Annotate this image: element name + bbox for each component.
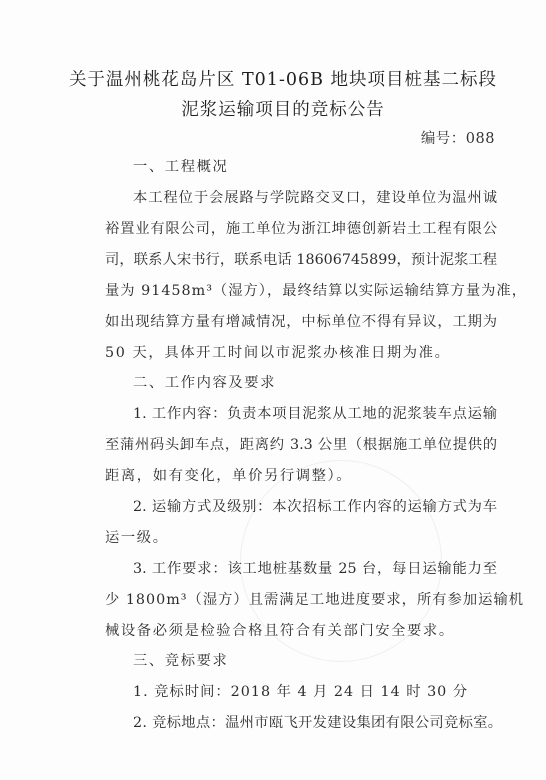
document-number: 编号：088 — [421, 127, 495, 148]
paragraph-line: 裕置业有限公司，施工单位为浙江坤德创新岩土工程有限公 — [105, 219, 497, 239]
paragraph-line: 量为 91458m³（湿方），最终结算以实际运输结算方量为准， — [105, 281, 497, 301]
paragraph-line: 运一级。 — [105, 528, 497, 548]
paragraph-line: 3. 工作要求：该工地桩基数量 25 台，每日运输能力至 — [105, 559, 497, 579]
paragraph-line: 少 1800m³（湿方）且需满足工地进度要求，所有参加运输机 — [105, 590, 497, 610]
paragraph-line: 1. 工作内容：负责本项目泥浆从工地的泥浆装车点运输 — [105, 404, 497, 424]
title-line-1: 关于温州桃花岛片区 T01-06B 地块项目桩基二标段 — [10, 66, 546, 91]
text-fragment: ³（湿方），最终结算以实际运输结算方量为准， — [206, 283, 527, 299]
paragraph-line: 50 天，具体开工时间以市泥浆办核准日期为准。 — [105, 343, 497, 363]
text-fragment: 少 1800m — [105, 592, 181, 608]
title-line-2: 泥浆运输项目的竞标公告 — [10, 96, 546, 121]
section-heading-2: 二、工作内容及要求 — [133, 373, 525, 393]
section-heading-1: 一、工程概况 — [133, 157, 525, 177]
text-fragment: 量为 91458m — [105, 283, 206, 299]
paragraph-line: 2. 运输方式及级别：本次招标工作内容的运输方式为车 — [105, 497, 497, 517]
paragraph-line: 如出现结算方量有增减情况，中标单位不得有异议，工期为 — [105, 312, 497, 332]
paragraph-line: 至蒲州码头卸车点，距离约 3.3 公里（根据施工单位提供的 — [105, 435, 497, 455]
paragraph-line: 1. 竞标时间：2018 年 4 月 24 日 14 时 30 分 — [133, 682, 525, 702]
paragraph-line: 械设备必须是检验合格且符合有关部门安全要求。 — [105, 621, 497, 641]
document-page: 关于温州桃花岛片区 T01-06B 地块项目桩基二标段 泥浆运输项目的竞标公告 … — [0, 0, 546, 780]
section-heading-3: 三、竞标要求 — [133, 651, 525, 671]
paragraph-line: 2. 竞标地点：温州市瓯飞开发建设集团有限公司竞标室。 — [133, 713, 525, 733]
paragraph-line: 司，联系人宋书行，联系电话 18606745899，预计泥浆工程 — [105, 250, 497, 270]
paragraph-line: 距离，如有变化，单价另行调整）。 — [105, 466, 497, 486]
paragraph-line: 本工程位于会展路与学院路交叉口，建设单位为温州诚 — [105, 188, 497, 208]
text-fragment: ³（湿方）且需满足工地进度要求，所有参加运输机 — [181, 592, 524, 608]
